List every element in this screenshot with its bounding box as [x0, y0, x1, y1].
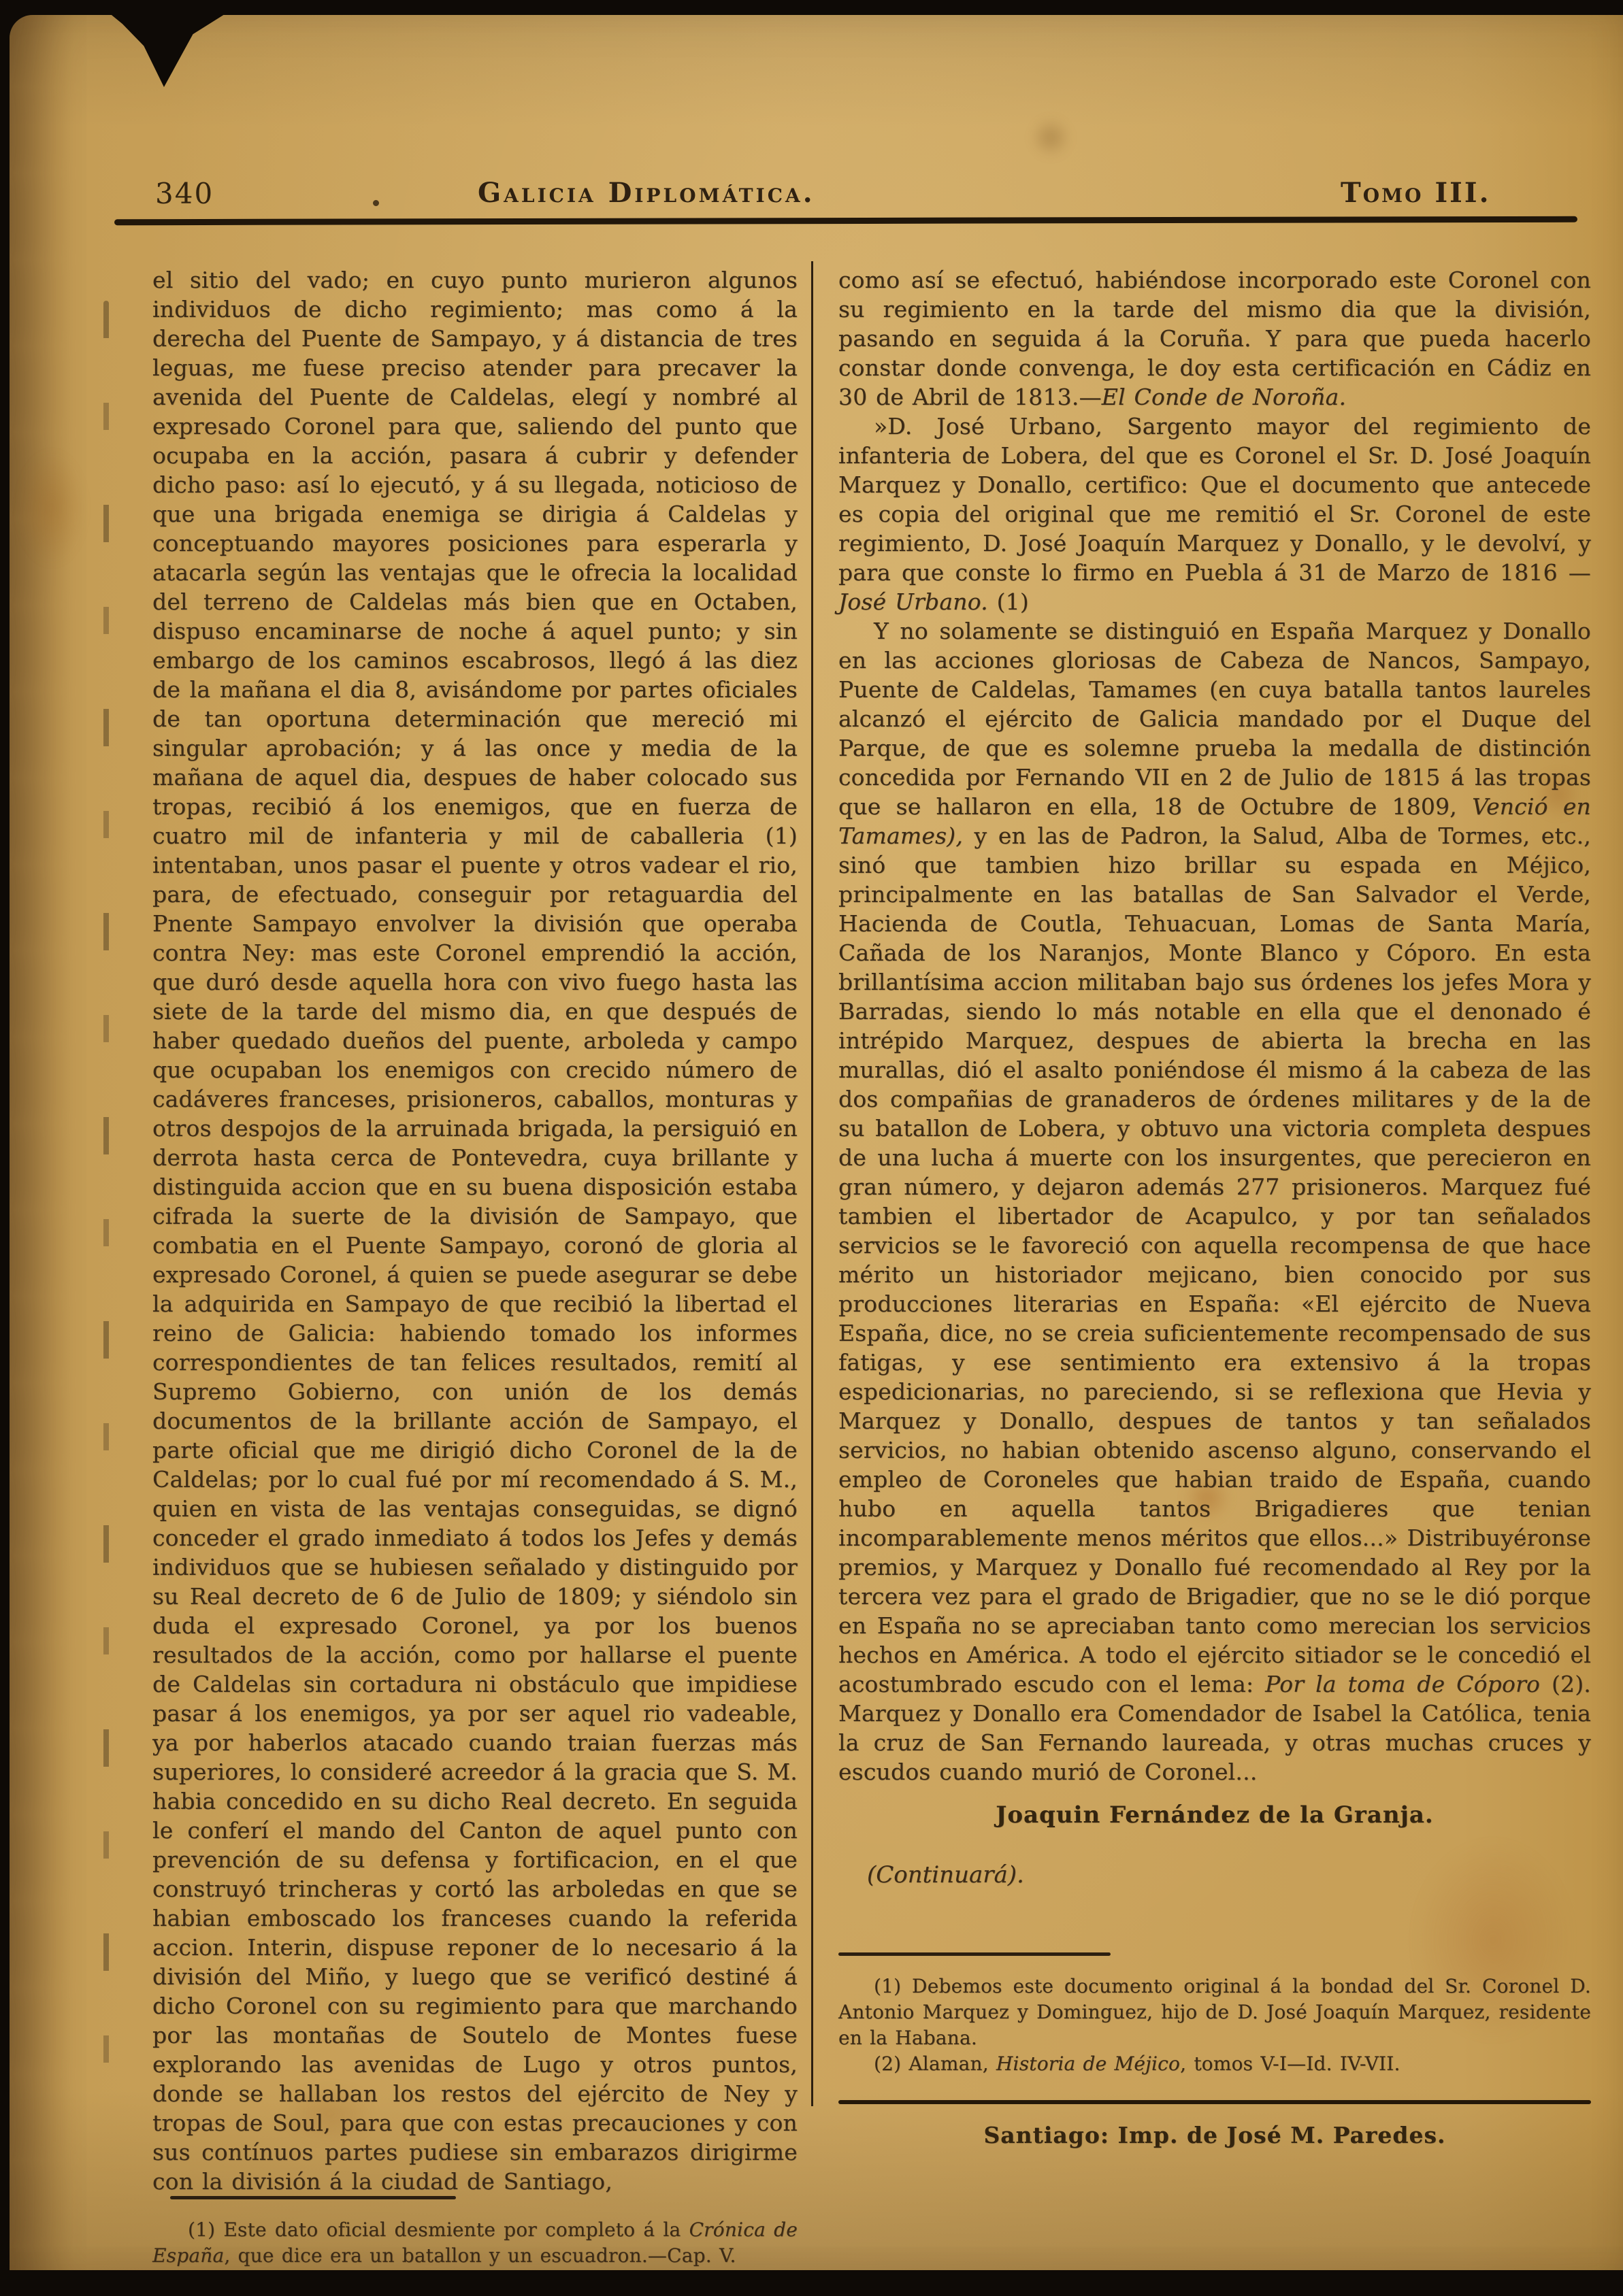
scanned-page: 340 Galicia Diplomática. Tomo III. el si… — [10, 15, 1623, 2270]
journal-title: Galicia Diplomática. — [478, 177, 815, 209]
right-paragraph-2: »D. José Urbano, Sargento mayor del regi… — [838, 412, 1591, 616]
author-signature: Joaquin Fernández de la Granja. — [838, 1801, 1591, 1829]
left-footnote-block: (1) Este dato oficial desmiente por comp… — [152, 2196, 798, 2269]
right-footnotes: (1) Debemos este documento original á la… — [838, 1974, 1591, 2077]
right-column-body: como así se efectuó, habiéndose incorpor… — [838, 265, 1591, 1786]
right-paragraph-3: Y no solamente se distinguió en España M… — [838, 616, 1591, 1786]
right-paragraph-1: como así se efectuó, habiéndose incorpor… — [838, 265, 1591, 412]
left-footnote-1: (1) Este dato oficial desmiente por comp… — [152, 2217, 798, 2269]
right-footnote-1: (1) Debemos este documento original á la… — [838, 1974, 1591, 2051]
left-body-paragraph: el sitio del vado; en cuyo punto muriero… — [152, 265, 798, 2196]
left-column: el sitio del vado; en cuyo punto muriero… — [152, 265, 798, 2110]
footnote-rule — [170, 2196, 456, 2199]
left-footnotes: (1) Este dato oficial desmiente por comp… — [152, 2217, 798, 2269]
imprint-rule — [838, 2100, 1591, 2104]
stain — [18, 450, 86, 566]
page-number: 340 — [155, 177, 214, 210]
volume-label: Tomo III. — [1341, 177, 1491, 209]
header-rule — [114, 216, 1577, 226]
column-divider — [811, 261, 813, 2106]
left-column-body: el sitio del vado; en cuyo punto muriero… — [152, 265, 798, 2196]
footnote-rule — [838, 1952, 1111, 1956]
binding-shadow — [103, 301, 109, 2097]
right-footnote-2: (2) Alaman, Historia de Méjico, tomos V-… — [838, 2051, 1591, 2077]
page-tear — [105, 14, 231, 87]
stain — [1030, 117, 1071, 158]
right-column: como así se efectuó, habiéndose incorpor… — [838, 265, 1591, 2148]
right-footnote-block: (1) Debemos este documento original á la… — [838, 1952, 1591, 2148]
imprint-line: Santiago: Imp. de José M. Paredes. — [838, 2122, 1591, 2148]
ink-speck — [373, 200, 379, 206]
continuation-note: (Continuará). — [838, 1861, 1591, 1889]
